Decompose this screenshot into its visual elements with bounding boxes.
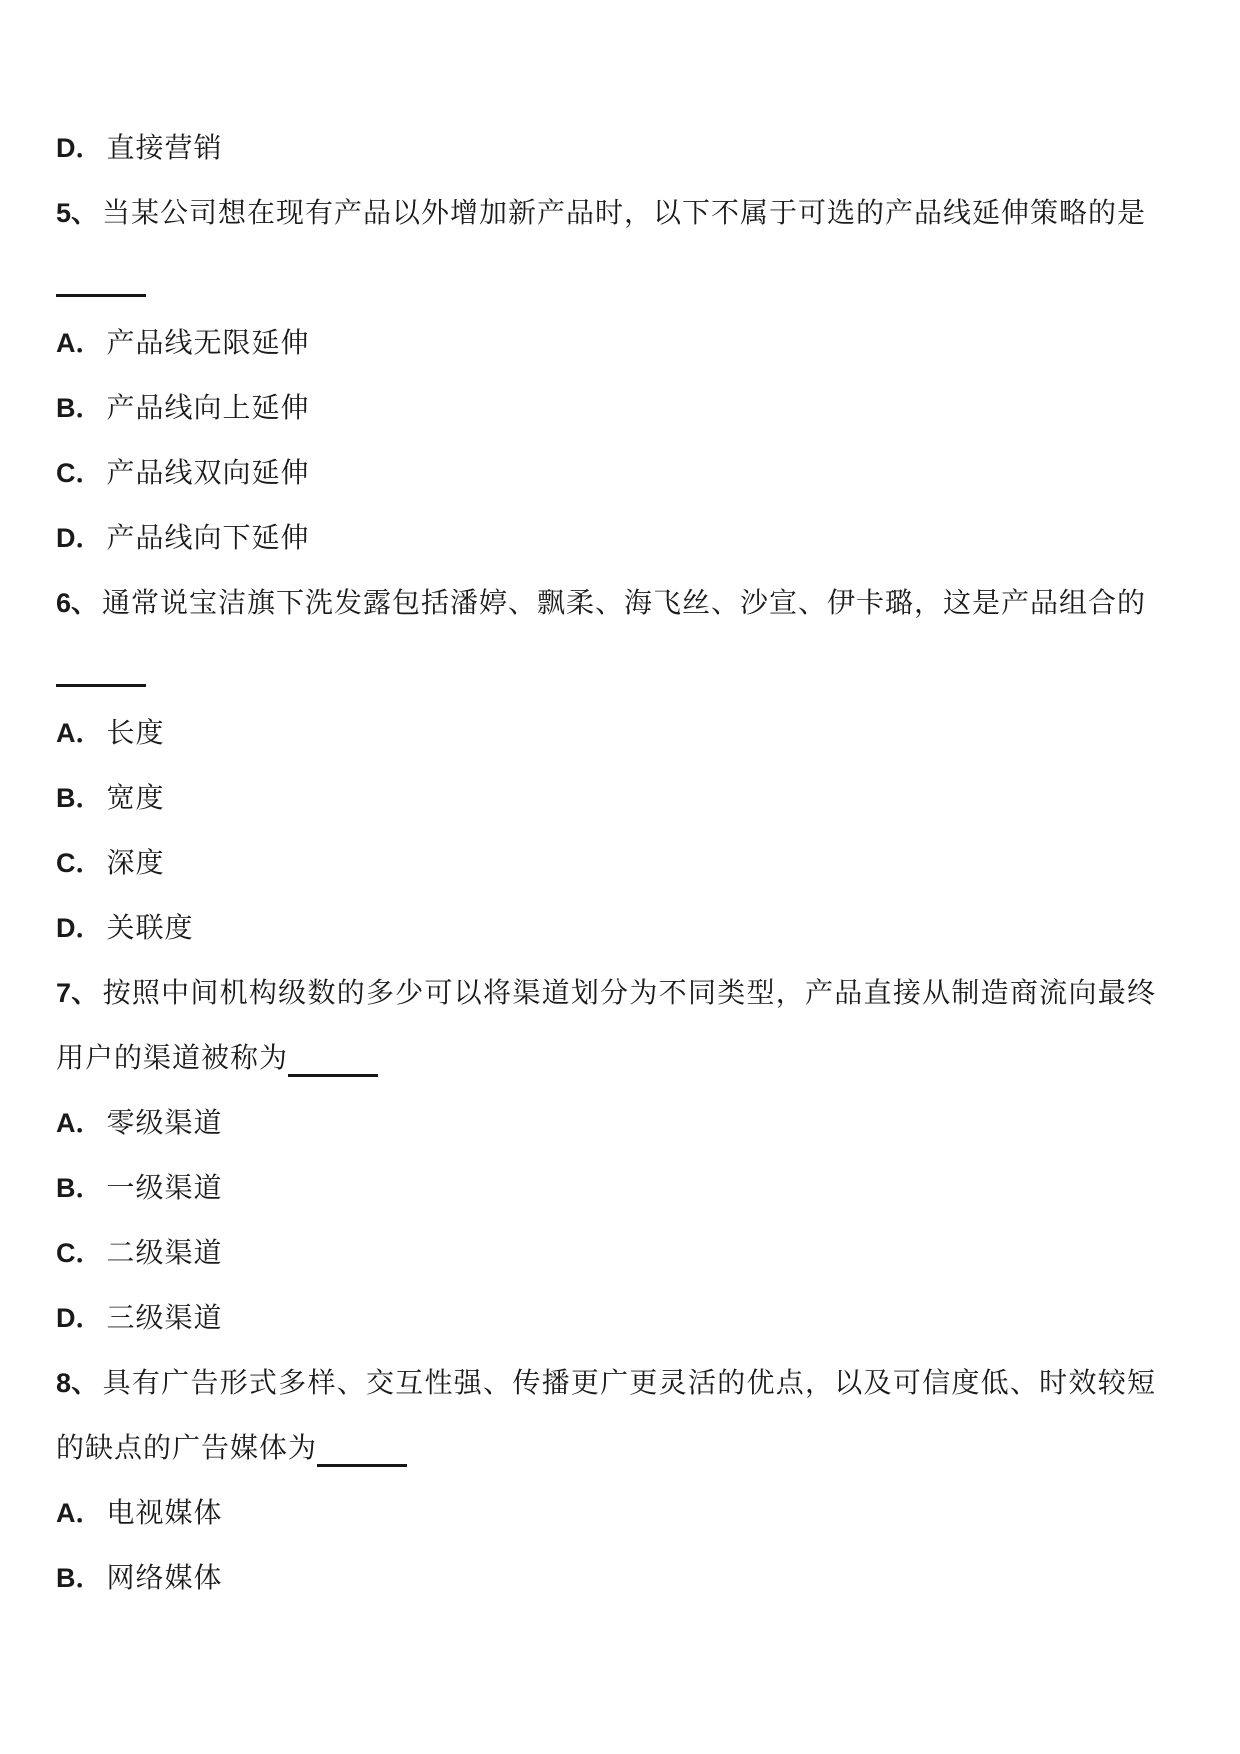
answer-blank: ______ bbox=[56, 263, 146, 297]
option-line: C．二级渠道 bbox=[56, 1221, 1156, 1286]
option-text: 电视媒体 bbox=[107, 1498, 223, 1529]
option-text: 产品线向上延伸 bbox=[107, 393, 310, 424]
option-letter: A． bbox=[56, 1498, 107, 1528]
option-text: 一级渠道 bbox=[107, 1173, 223, 1204]
question-number: 7、 bbox=[56, 978, 103, 1008]
question-paragraph: 6、通常说宝洁旗下洗发露包括潘婷、飘柔、海飞丝、沙宣、伊卡璐，这是产品组合的 bbox=[56, 571, 1156, 636]
question-paragraph: 7、按照中间机构级数的多少可以将渠道划分为不同类型，产品直接从制造商流向最终用户… bbox=[56, 961, 1156, 1091]
option-letter: C． bbox=[56, 848, 107, 878]
option-letter: D． bbox=[56, 133, 107, 163]
option-text: 产品线向下延伸 bbox=[107, 523, 310, 554]
option-line: D．关联度 bbox=[56, 896, 1156, 961]
option-letter: C． bbox=[56, 1238, 107, 1268]
option-text: 产品线无限延伸 bbox=[107, 328, 310, 359]
option-letter: D． bbox=[56, 1303, 107, 1333]
question-paragraph: 5、当某公司想在现有产品以外增加新产品时，以下不属于可选的产品线延伸策略的是 bbox=[56, 181, 1156, 246]
document-page: D．直接营销5、当某公司想在现有产品以外增加新产品时，以下不属于可选的产品线延伸… bbox=[0, 0, 1240, 1754]
question-text: 通常说宝洁旗下洗发露包括潘婷、飘柔、海飞丝、沙宣、伊卡璐，这是产品组合的 bbox=[102, 588, 1146, 619]
option-letter: A． bbox=[56, 328, 107, 358]
question-text: 按照中间机构级数的多少可以将渠道划分为不同类型，产品直接从制造商流向最终用户的渠… bbox=[56, 978, 1156, 1074]
option-text: 产品线双向延伸 bbox=[107, 458, 310, 489]
option-line: A．零级渠道 bbox=[56, 1091, 1156, 1156]
option-text: 直接营销 bbox=[107, 133, 223, 164]
answer-blank-line: ______ bbox=[56, 246, 1156, 311]
question-number: 5、 bbox=[56, 198, 102, 228]
option-line: C．深度 bbox=[56, 831, 1156, 896]
option-letter: A． bbox=[56, 718, 107, 748]
option-text: 三级渠道 bbox=[107, 1303, 223, 1334]
option-text: 关联度 bbox=[107, 913, 194, 944]
option-line: B．宽度 bbox=[56, 766, 1156, 831]
option-letter: B． bbox=[56, 1173, 107, 1203]
option-letter: C． bbox=[56, 458, 107, 488]
option-line: C．产品线双向延伸 bbox=[56, 441, 1156, 506]
question-number: 6、 bbox=[56, 588, 102, 618]
option-text: 宽度 bbox=[107, 783, 165, 814]
option-letter: B． bbox=[56, 393, 107, 423]
option-text: 零级渠道 bbox=[107, 1108, 223, 1139]
answer-blank: ______ bbox=[56, 653, 146, 687]
option-letter: D． bbox=[56, 913, 107, 943]
option-line: B．一级渠道 bbox=[56, 1156, 1156, 1221]
question-text: 当某公司想在现有产品以外增加新产品时，以下不属于可选的产品线延伸策略的是 bbox=[102, 198, 1146, 229]
option-text: 长度 bbox=[107, 718, 165, 749]
question-text: 具有广告形式多样、交互性强、传播更广更灵活的优点，以及可信度低、时效较短的缺点的… bbox=[56, 1368, 1156, 1464]
option-line: D．产品线向下延伸 bbox=[56, 506, 1156, 571]
option-line: D．直接营销 bbox=[56, 116, 1156, 181]
option-text: 网络媒体 bbox=[107, 1563, 223, 1594]
option-line: D．三级渠道 bbox=[56, 1286, 1156, 1351]
option-line: A．电视媒体 bbox=[56, 1481, 1156, 1546]
answer-blank: ______ bbox=[317, 1433, 407, 1467]
option-text: 深度 bbox=[107, 848, 165, 879]
option-letter: B． bbox=[56, 1563, 107, 1593]
option-line: B．网络媒体 bbox=[56, 1546, 1156, 1611]
answer-blank: ______ bbox=[288, 1043, 378, 1077]
option-line: A．长度 bbox=[56, 701, 1156, 766]
option-letter: A． bbox=[56, 1108, 107, 1138]
option-line: A．产品线无限延伸 bbox=[56, 311, 1156, 376]
option-line: B．产品线向上延伸 bbox=[56, 376, 1156, 441]
answer-blank-line: ______ bbox=[56, 636, 1156, 701]
option-text: 二级渠道 bbox=[107, 1238, 223, 1269]
option-letter: B． bbox=[56, 783, 107, 813]
question-paragraph: 8、具有广告形式多样、交互性强、传播更广更灵活的优点，以及可信度低、时效较短的缺… bbox=[56, 1351, 1156, 1481]
question-number: 8、 bbox=[56, 1368, 103, 1398]
option-letter: D． bbox=[56, 523, 107, 553]
